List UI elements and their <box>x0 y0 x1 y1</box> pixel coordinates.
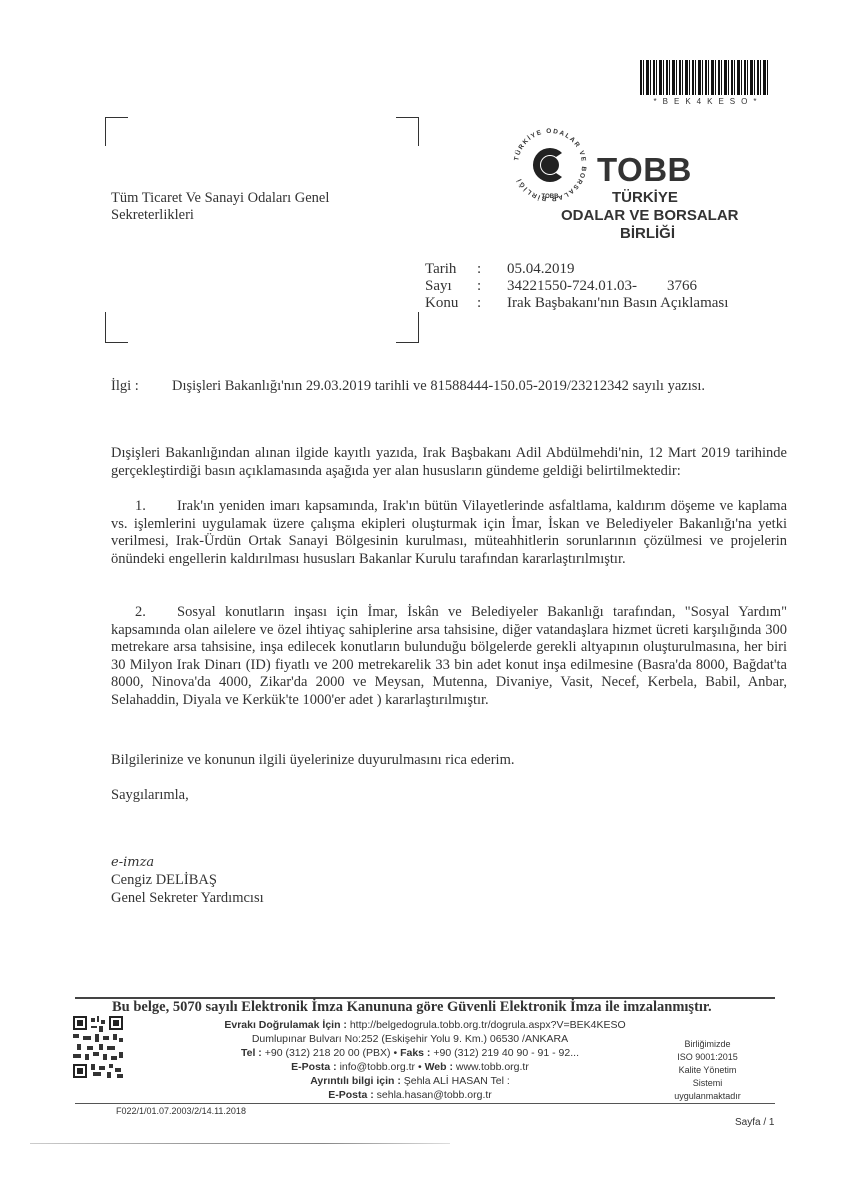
number-label: Sayı <box>425 278 477 295</box>
separator: : <box>477 278 507 295</box>
form-code: F022/1/01.07.2003/2/14.11.2018 <box>116 1106 246 1116</box>
list-item-number: 2. <box>111 604 177 622</box>
separator: : <box>477 261 507 278</box>
iso-notice: Birliğimizde ISO 9001:2015 Kalite Yöneti… <box>640 1038 775 1103</box>
address-corner-top-left <box>105 117 128 146</box>
esign-statement: Bu belge, 5070 sayılı Elektronik İmza Ka… <box>112 999 712 1016</box>
address-corner-top-right <box>396 117 419 146</box>
iso-line: uygulanmaktadır <box>640 1090 775 1103</box>
number-suffix: 3766 <box>667 278 697 295</box>
fax-label: Faks : <box>400 1047 430 1059</box>
footer-verify-line: Evrakı Doğrulamak İçin : http://belgedog… <box>195 1018 655 1032</box>
contact-email-label: E-Posta : <box>328 1089 374 1101</box>
reference-text: Dışişleri Bakanlığı'nın 29.03.2019 tarih… <box>172 378 732 395</box>
date-label: Tarih <box>425 261 477 278</box>
logo-name-line-1: TÜRKİYE <box>612 189 678 206</box>
iso-line: ISO 9001:2015 <box>640 1051 775 1064</box>
logo-name-line-2: ODALAR VE BORSALAR <box>561 207 739 224</box>
footer-contact-email-line: E-Posta : sehla.hasan@tobb.org.tr <box>210 1088 610 1102</box>
footer-address: Dumlupınar Bulvarı No:252 (Eskişehir Yol… <box>210 1032 610 1046</box>
contact-email-link[interactable]: sehla.hasan@tobb.org.tr <box>377 1089 492 1101</box>
email-label: E-Posta : <box>291 1061 337 1073</box>
logo-name-line-3: BİRLİĞİ <box>620 225 675 242</box>
meta-number-row: Sayı : 34221550-724.01.03- 3766 <box>425 278 728 295</box>
verify-label: Evrakı Doğrulamak İçin : <box>224 1019 347 1031</box>
logo-brand: TOBB <box>597 151 692 189</box>
web-label: Web : <box>425 1061 453 1073</box>
bullet: • <box>418 1061 422 1073</box>
page-number: Sayfa / 1 <box>735 1117 774 1128</box>
list-item: 1.Irak'ın yeniden imarı kapsamında, Irak… <box>111 498 787 568</box>
subject-value: Irak Başbakanı'nın Basın Açıklaması <box>507 295 728 312</box>
footer-email-line: E-Posta : info@tobb.org.tr • Web : www.t… <box>210 1060 610 1074</box>
meta-date-row: Tarih : 05.04.2019 <box>425 261 728 278</box>
iso-line: Birliğimizde <box>640 1038 775 1051</box>
separator: : <box>477 295 507 312</box>
signer-title: Genel Sekreter Yardımcısı <box>111 890 264 907</box>
recipient-line-1: Tüm Ticaret Ve Sanayi Odaları Genel <box>111 190 329 207</box>
email-link[interactable]: info@tobb.org.tr <box>340 1061 415 1073</box>
footer-contact-line: Ayrıntılı bilgi için : Şehla ALİ HASAN T… <box>210 1074 610 1088</box>
list-item-text: Irak'ın yeniden imarı kapsamında, Irak'ı… <box>111 498 787 567</box>
tobb-emblem-icon: TÜRKİYE ODALAR VE BORSALAR BİRLİĞİ TOBB <box>510 125 590 205</box>
contact-label: Ayrıntılı bilgi için : <box>310 1075 401 1087</box>
number-value: 34221550-724.01.03- <box>507 278 637 295</box>
footer-phone-line: Tel : +90 (312) 218 20 00 (PBX) • Faks :… <box>210 1046 610 1060</box>
bullet: • <box>393 1047 397 1059</box>
barcode-code-text: *BEK4KESO* <box>640 97 776 106</box>
verify-link[interactable]: http://belgedogrula.tobb.org.tr/dogrula.… <box>350 1019 626 1031</box>
intro-paragraph: Dışişleri Bakanlığından alınan ilgide ka… <box>111 445 787 480</box>
web-link[interactable]: www.tobb.org.tr <box>456 1061 529 1073</box>
iso-line: Sistemi <box>640 1077 775 1090</box>
phone-label: Tel : <box>241 1047 262 1059</box>
address-corner-bottom-left <box>105 312 128 343</box>
fax-value: +90 (312) 219 40 90 - 91 - 92... <box>433 1047 579 1059</box>
reference-label: İlgi : <box>111 378 139 395</box>
recipient-line-2: Sekreterlikleri <box>111 207 329 224</box>
list-item-number: 1. <box>111 498 177 516</box>
footer-bottom-divider <box>75 1103 775 1104</box>
meta-subject-row: Konu : Irak Başbakanı'nın Basın Açıklama… <box>425 295 728 312</box>
contact-value: Şehla ALİ HASAN Tel : <box>404 1075 510 1087</box>
document-meta: Tarih : 05.04.2019 Sayı : 34221550-724.0… <box>425 261 728 312</box>
subject-label: Konu <box>425 295 477 312</box>
date-value: 05.04.2019 <box>507 261 575 278</box>
document-barcode <box>640 60 770 95</box>
list-item-text: Sosyal konutların inşası için İmar, İskâ… <box>111 604 787 708</box>
phone-value: +90 (312) 218 20 00 (PBX) <box>265 1047 391 1059</box>
address-corner-bottom-right <box>396 312 419 343</box>
list-item: 2.Sosyal konutların inşası için İmar, İs… <box>111 604 787 709</box>
regards-line: Saygılarımla, <box>111 787 787 805</box>
closing-paragraph: Bilgilerinize ve konunun ilgili üyelerin… <box>111 752 787 770</box>
qr-code-icon <box>73 1016 123 1078</box>
scan-artifact-line <box>30 1143 450 1144</box>
recipient-address: Tüm Ticaret Ve Sanayi Odaları Genel Sekr… <box>111 190 329 224</box>
esign-mark: e-imza <box>111 855 154 870</box>
svg-text:TOBB: TOBB <box>542 194 560 200</box>
iso-line: Kalite Yönetim <box>640 1064 775 1077</box>
signer-name: Cengiz DELİBAŞ <box>111 872 217 889</box>
